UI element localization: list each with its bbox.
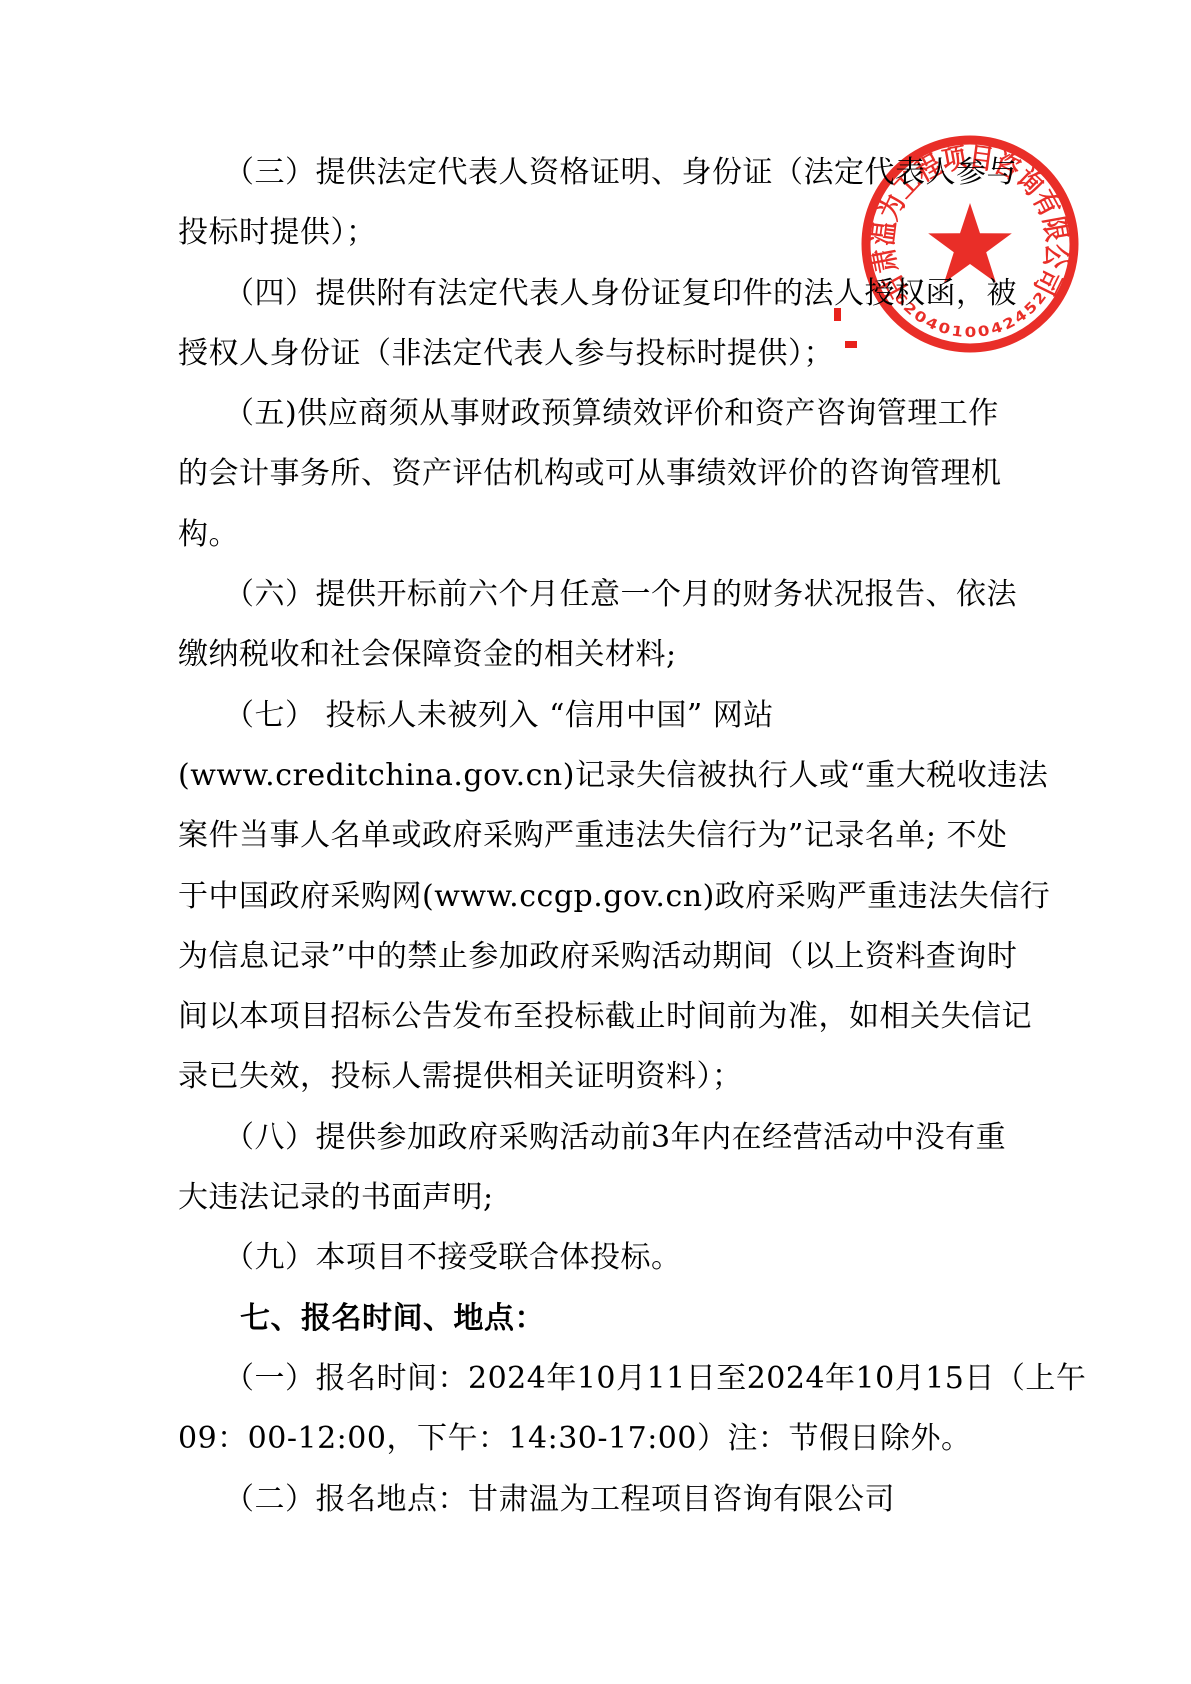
official-seal: 甘肃温为工程项目咨询有限公司 6204010042452 (852, 126, 1088, 362)
text-line: 于中国政府采购网(www.ccgp.gov.cn)政府采购严重违法失信行 (178, 867, 1038, 927)
star-icon (928, 203, 1012, 283)
seal-ink-mark (834, 308, 841, 321)
text-line: 为信息记录”中的禁止参加政府采购活动期间（以上资料查询时 (178, 927, 1038, 987)
seal-ink-mark (845, 341, 857, 348)
text-line: 大违法记录的书面声明; (178, 1168, 1038, 1228)
text-line: 案件当事人名单或政府采购严重违法失信行为”记录名单; 不处 (178, 806, 1038, 866)
text-line: （六）提供开标前六个月任意一个月的财务状况报告、依法 (224, 565, 1038, 625)
text-line: （五)供应商须从事财政预算绩效评价和资产咨询管理工作 (224, 384, 1038, 444)
text-line: 七、报名时间、地点： (240, 1289, 1038, 1349)
text-line: 09：00-12:00，下午：14:30-17:00）注：节假日除外。 (178, 1409, 1038, 1469)
text-line: （八）提供参加政府采购活动前3年内在经营活动中没有重 (224, 1108, 1038, 1168)
text-line: 构。 (178, 505, 1038, 565)
text-line: 缴纳税收和社会保障资金的相关材料; (178, 625, 1038, 685)
text-line: 间以本项目招标公告发布至投标截止时间前为准，如相关失信记 (178, 987, 1038, 1047)
text-line: (www.creditchina.gov.cn)记录失信被执行人或“重大税收违法 (178, 746, 1038, 806)
text-line: （二）报名地点：甘肃温为工程项目咨询有限公司 (224, 1470, 1038, 1530)
document-page: （三）提供法定代表人资格证明、身份证（法定代表人参与投标时提供）；（四）提供附有… (0, 0, 1191, 1684)
text-line: 录已失效，投标人需提供相关证明资料）； (178, 1047, 1038, 1107)
text-line: 的会计事务所、资产评估机构或可从事绩效评价的咨询管理机 (178, 444, 1038, 504)
text-line: （七） 投标人未被列入 “信用中国” 网站 (224, 686, 1038, 746)
text-line: （九）本项目不接受联合体投标。 (224, 1228, 1038, 1288)
text-line: （一）报名时间：2024年10月11日至2024年10月15日（上午 (224, 1349, 1038, 1409)
